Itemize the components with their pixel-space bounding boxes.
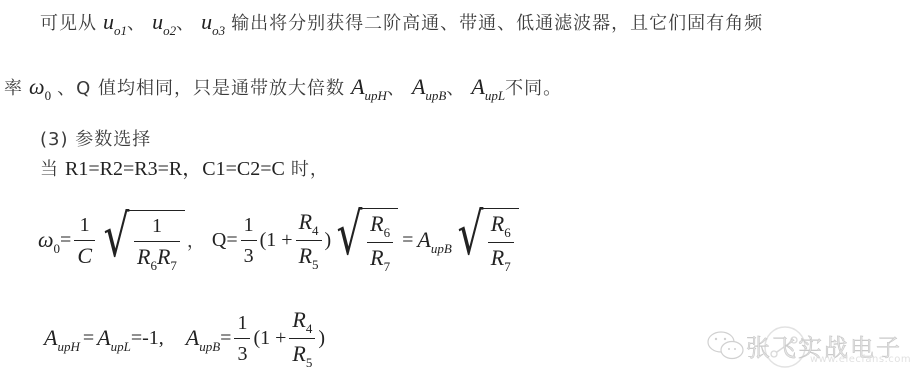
- var-aupH: AupH: [351, 74, 387, 99]
- var-aupL: AupL: [97, 325, 131, 351]
- sqrt-1-over-r6r7: √ 1 R6R7: [98, 206, 185, 275]
- section-heading: (3) 参数选择: [40, 127, 151, 152]
- condition-text: R1=R2=R3=R，C1=C2=C: [65, 158, 285, 180]
- radical-icon: √: [457, 204, 483, 276]
- text-middle: 、Q 值均相同，只是通带放大倍数: [57, 78, 345, 99]
- q-label: Q=: [212, 229, 238, 252]
- var-aupB: AupB: [417, 227, 451, 253]
- fraction-1-over-3: 1 3: [241, 210, 257, 271]
- radical-icon: √: [104, 206, 130, 275]
- paren-open: (1 +: [260, 229, 293, 252]
- equals: =: [60, 229, 71, 252]
- equals: =: [83, 327, 94, 350]
- equals: =: [402, 229, 413, 252]
- text-prefix: 可见从: [40, 13, 97, 34]
- equals: =: [220, 327, 231, 350]
- value: =-1,: [131, 327, 164, 350]
- condition-line: 当 R1=R2=R3=R，C1=C2=C 时，: [40, 157, 329, 182]
- fraction-1-over-c: 1 C: [74, 210, 95, 271]
- condition-suffix: 时，: [291, 159, 329, 180]
- var-omega0: ω0: [29, 74, 51, 99]
- watermark: 张飞实战电子 www.elecfans.com: [706, 326, 906, 376]
- separator: 、: [446, 78, 465, 99]
- heading-text: (3) 参数选择: [40, 129, 151, 150]
- radical-icon: √: [337, 204, 363, 276]
- sqrt-r6-over-r7: √ R6 R7: [452, 204, 519, 276]
- paragraph-line-2: 率 ω0 、Q 值均相同，只是通带放大倍数 AupH、 AupB、 AupL不同…: [4, 75, 562, 102]
- var-aupH: AupH: [44, 325, 80, 351]
- text-suffix: 不同。: [505, 78, 562, 99]
- var-aupB: AupB: [186, 325, 220, 351]
- watermark-url: www.elecfans.com: [810, 354, 911, 365]
- fraction: 1 R6R7: [134, 211, 180, 275]
- formula-omega-q: ω0 = 1 C √ 1 R6R7 ， Q= 1 3 (1 + R4 R5 ) …: [38, 200, 519, 280]
- condition-prefix: 当: [40, 159, 59, 180]
- wechat-icon: [706, 330, 746, 364]
- var-uo1: uo1: [103, 9, 127, 34]
- denominator: 3: [241, 240, 257, 271]
- paragraph-line-1: 可见从 uo1、 uo2、 uo3 输出将分别获得二阶高通、带通、低通滤波器，且…: [40, 10, 763, 37]
- numerator: 1: [241, 210, 257, 240]
- var-omega0: ω0: [38, 227, 60, 253]
- var-aupB: AupB: [412, 74, 446, 99]
- var-uo3: uo3: [201, 9, 225, 34]
- text-suffix: 输出将分别获得二阶高通、带通、低通滤波器，且它们固有角频: [231, 13, 763, 34]
- formula-gains: AupH = AupL =-1, AupB = 1 3 (1 + R4 R5 ): [44, 300, 325, 376]
- numerator: 1: [77, 210, 93, 240]
- fraction-1-over-3: 1 3: [234, 308, 250, 369]
- paren-open: (1 +: [253, 327, 286, 350]
- separator: 、: [387, 78, 406, 99]
- fraction-r4-over-r5: R4 R5: [289, 305, 315, 372]
- text-prefix: 率: [4, 78, 23, 99]
- paren-close: ): [325, 229, 332, 252]
- var-aupL: AupL: [471, 74, 505, 99]
- denominator: R6R7: [134, 241, 180, 275]
- numerator: 1: [149, 211, 165, 241]
- var-uo2: uo2: [152, 9, 176, 34]
- fraction-r4-over-r5: R4 R5: [296, 207, 322, 274]
- sqrt-r6-over-r7: √ R6 R7: [331, 204, 398, 276]
- paren-close: ): [318, 327, 325, 350]
- separator: 、: [127, 13, 146, 34]
- separator: 、: [176, 13, 195, 34]
- comma: ，: [187, 227, 206, 253]
- denominator: C: [74, 240, 95, 271]
